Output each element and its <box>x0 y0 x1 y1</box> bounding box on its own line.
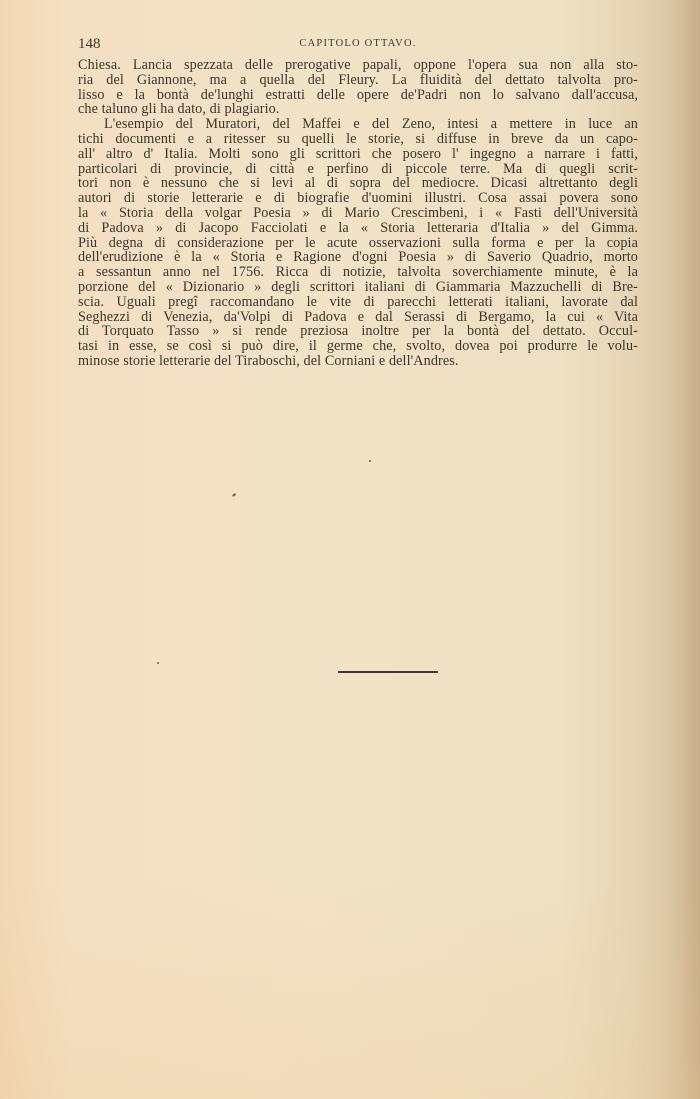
text-line: scia. Uguali pregî raccomandano le vite … <box>78 295 638 310</box>
ink-speck <box>369 460 371 462</box>
text-line: autori di storie letterarie e di biograf… <box>78 191 638 206</box>
paragraph-2: L'esempio del Muratori, del Maffei e del… <box>78 117 638 369</box>
body-text: Chiesa. Lancia spezzata delle prerogativ… <box>78 58 638 369</box>
text-line: di Torquato Tasso » si rende preziosa in… <box>78 324 638 339</box>
text-line: Più degna di considerazione per le acute… <box>78 236 638 251</box>
ink-speck <box>157 662 159 664</box>
text-line: Seghezzi di Venezia, da'Volpi di Padova … <box>78 310 638 325</box>
text-line: porzione del « Dizionario » degli scritt… <box>78 280 638 295</box>
text-line: minose storie letterarie del Tiraboschi,… <box>78 354 638 369</box>
running-head: CAPITOLO OTTAVO. <box>78 38 638 49</box>
text-line: a sessantun anno nel 1756. Ricca di noti… <box>78 265 638 280</box>
text-line: tasi in esse, se così si può dire, il ge… <box>78 339 638 354</box>
text-line: Chiesa. Lancia spezzata delle prerogativ… <box>78 58 638 73</box>
ink-speck <box>232 493 236 497</box>
text-line: tori non è nessuno che si levi al di sop… <box>78 176 638 191</box>
paragraph-1: Chiesa. Lancia spezzata delle prerogativ… <box>78 58 638 117</box>
text-line: tichi documenti e a ritesser su quelli l… <box>78 132 638 147</box>
text-line: all' altro d' Italia. Molti sono gli scr… <box>78 147 638 162</box>
text-line: che taluno gli ha dato, di plagiario. <box>78 102 638 117</box>
text-line: dell'erudizione è la « Storia e Ragione … <box>78 250 638 265</box>
text-line: L'esempio del Muratori, del Maffei e del… <box>78 117 638 132</box>
section-end-rule <box>338 671 438 673</box>
page-header: 148 CAPITOLO OTTAVO. <box>78 36 638 54</box>
text-line: lisso e la bontà de'lunghi estratti dell… <box>78 88 638 103</box>
text-line: ria del Giannone, ma a quella del Fleury… <box>78 73 638 88</box>
text-line: particolari di provincie, di città e per… <box>78 162 638 177</box>
text-line: di Padova » di Jacopo Facciolati e la « … <box>78 221 638 236</box>
text-line: la « Storia della volgar Poesia » di Mar… <box>78 206 638 221</box>
